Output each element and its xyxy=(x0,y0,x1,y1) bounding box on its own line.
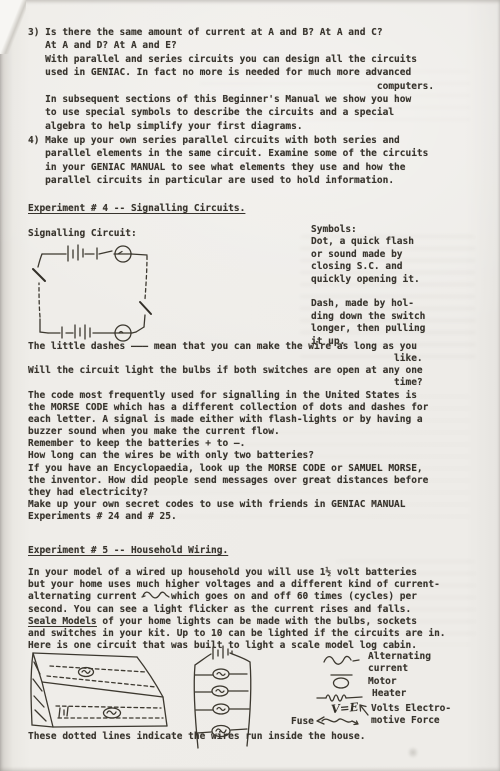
question-4-paragraph: 4) Make up your own series parallel circ… xyxy=(28,134,428,188)
log-cabin-sketch xyxy=(20,646,175,741)
experiment-5-heading: Experiment # 5 -- Household Wiring. xyxy=(28,545,228,557)
fuse-icon xyxy=(314,713,362,729)
ac-squiggle-icon xyxy=(322,652,362,668)
inline-ac-squiggle-icon xyxy=(141,589,171,601)
experiment-5-body: In your model of a wired up household yo… xyxy=(28,567,446,652)
experiment-4-heading: Experiment # 4 -- Signalling Circuits. xyxy=(28,203,245,215)
page-corner-curl xyxy=(0,0,26,54)
signalling-circuit-diagram xyxy=(30,243,165,348)
legend-motor-label: Motor xyxy=(368,676,397,688)
motor-icon xyxy=(329,672,355,692)
legend-fuse-label: Fuse xyxy=(291,716,314,728)
question-3-paragraph: 3) Is there the same amount of current a… xyxy=(28,26,434,133)
legend-alternating-label: Alternating current xyxy=(368,651,431,676)
seale-models-underline xyxy=(28,626,97,627)
signalling-circuit-label: Signalling Circuit: xyxy=(28,228,137,240)
experiment-4-body: The little dashes ——— mean that you can … xyxy=(28,341,428,523)
legend-emf-label-line1: Volts Electro- xyxy=(371,703,451,715)
legend-emf-label-line2: motive Force xyxy=(371,715,440,727)
ink-smudge xyxy=(408,746,418,759)
legend-heater-label: Heater xyxy=(372,688,406,700)
symbols-column: Symbols: Dot, a quick flash or sound mad… xyxy=(311,224,425,348)
dotted-lines-caption: These dotted lines indicate the wires ru… xyxy=(28,731,365,743)
scanned-manual-page: 3) Is there the same amount of current a… xyxy=(0,0,500,771)
